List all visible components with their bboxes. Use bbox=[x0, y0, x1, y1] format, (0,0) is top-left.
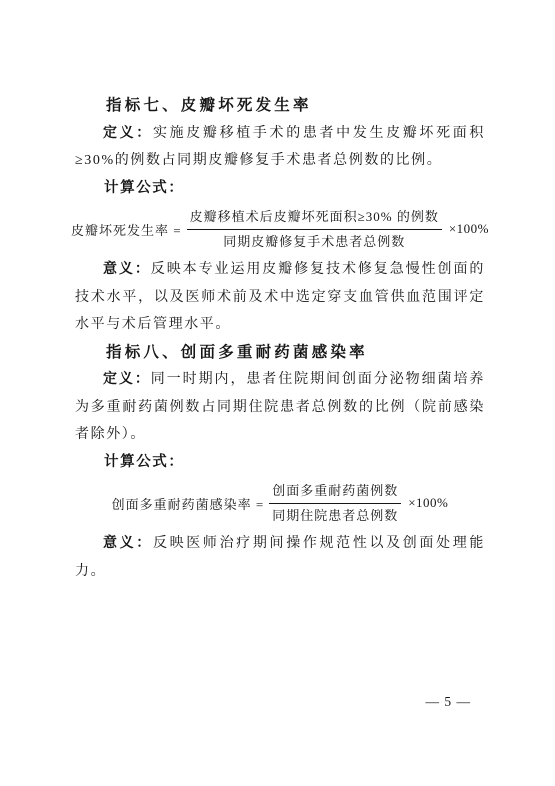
significance-label: 意义： bbox=[103, 262, 151, 277]
significance-label: 意义： bbox=[103, 536, 153, 551]
indicator-7-significance: 意义：反映本专业运用皮瓣修复技术修复急慢性创面的技术水平，以及医师术前及术中选定… bbox=[75, 256, 485, 339]
indicator-7-definition: 定义：实施皮瓣移植手术的患者中发生皮瓣坏死面积≥30%的例数占同期皮瓣修复手术患… bbox=[75, 120, 485, 175]
formula-lhs: 创面多重耐药菌感染率 = bbox=[112, 494, 265, 513]
indicator-8-formula-label: 计算公式： bbox=[75, 449, 485, 477]
page-content: 指标七、皮瓣坏死发生率 定义：实施皮瓣移植手术的患者中发生皮瓣坏死面积≥30%的… bbox=[75, 92, 485, 585]
formula-fraction: 创面多重耐药菌例数 同期住院患者总例数 bbox=[269, 482, 401, 525]
indicator-8-definition: 定义：同一时期内，患者住院期间创面分泌物细菌培养为多重耐药菌例数占同期住院患者总… bbox=[75, 366, 485, 449]
document-page: 指标七、皮瓣坏死发生率 定义：实施皮瓣移植手术的患者中发生皮瓣坏死面积≥30%的… bbox=[0, 0, 555, 786]
formula-numerator: 创面多重耐药菌例数 bbox=[269, 482, 401, 504]
formula-fraction: 皮瓣移植术后皮瓣坏死面积≥30% 的例数 同期皮瓣修复手术患者总例数 bbox=[187, 208, 442, 251]
mdr-infection-formula: 创面多重耐药菌感染率 = 创面多重耐药菌例数 同期住院患者总例数 ×100% bbox=[75, 478, 485, 528]
flap-necrosis-formula: 皮瓣坏死发生率 = 皮瓣移植术后皮瓣坏死面积≥30% 的例数 同期皮瓣修复手术患… bbox=[75, 204, 485, 254]
formula-multiplier: ×100% bbox=[449, 221, 489, 237]
formula-multiplier: ×100% bbox=[408, 495, 448, 511]
formula-denominator: 同期住院患者总例数 bbox=[272, 504, 398, 525]
formula-lhs: 皮瓣坏死发生率 = bbox=[71, 220, 182, 239]
formula-denominator: 同期皮瓣修复手术患者总例数 bbox=[223, 230, 405, 251]
definition-label: 定义： bbox=[103, 126, 153, 141]
indicator-7-heading: 指标七、皮瓣坏死发生率 bbox=[75, 92, 485, 120]
indicator-7-formula-label: 计算公式： bbox=[75, 175, 485, 203]
definition-label: 定义： bbox=[103, 372, 151, 387]
page-number: — 5 — bbox=[0, 694, 555, 710]
indicator-8-significance: 意义：反映医师治疗期间操作规范性以及创面处理能力。 bbox=[75, 530, 485, 585]
indicator-8-heading: 指标八、创面多重耐药菌感染率 bbox=[75, 339, 485, 367]
formula-numerator: 皮瓣移植术后皮瓣坏死面积≥30% 的例数 bbox=[187, 208, 442, 230]
